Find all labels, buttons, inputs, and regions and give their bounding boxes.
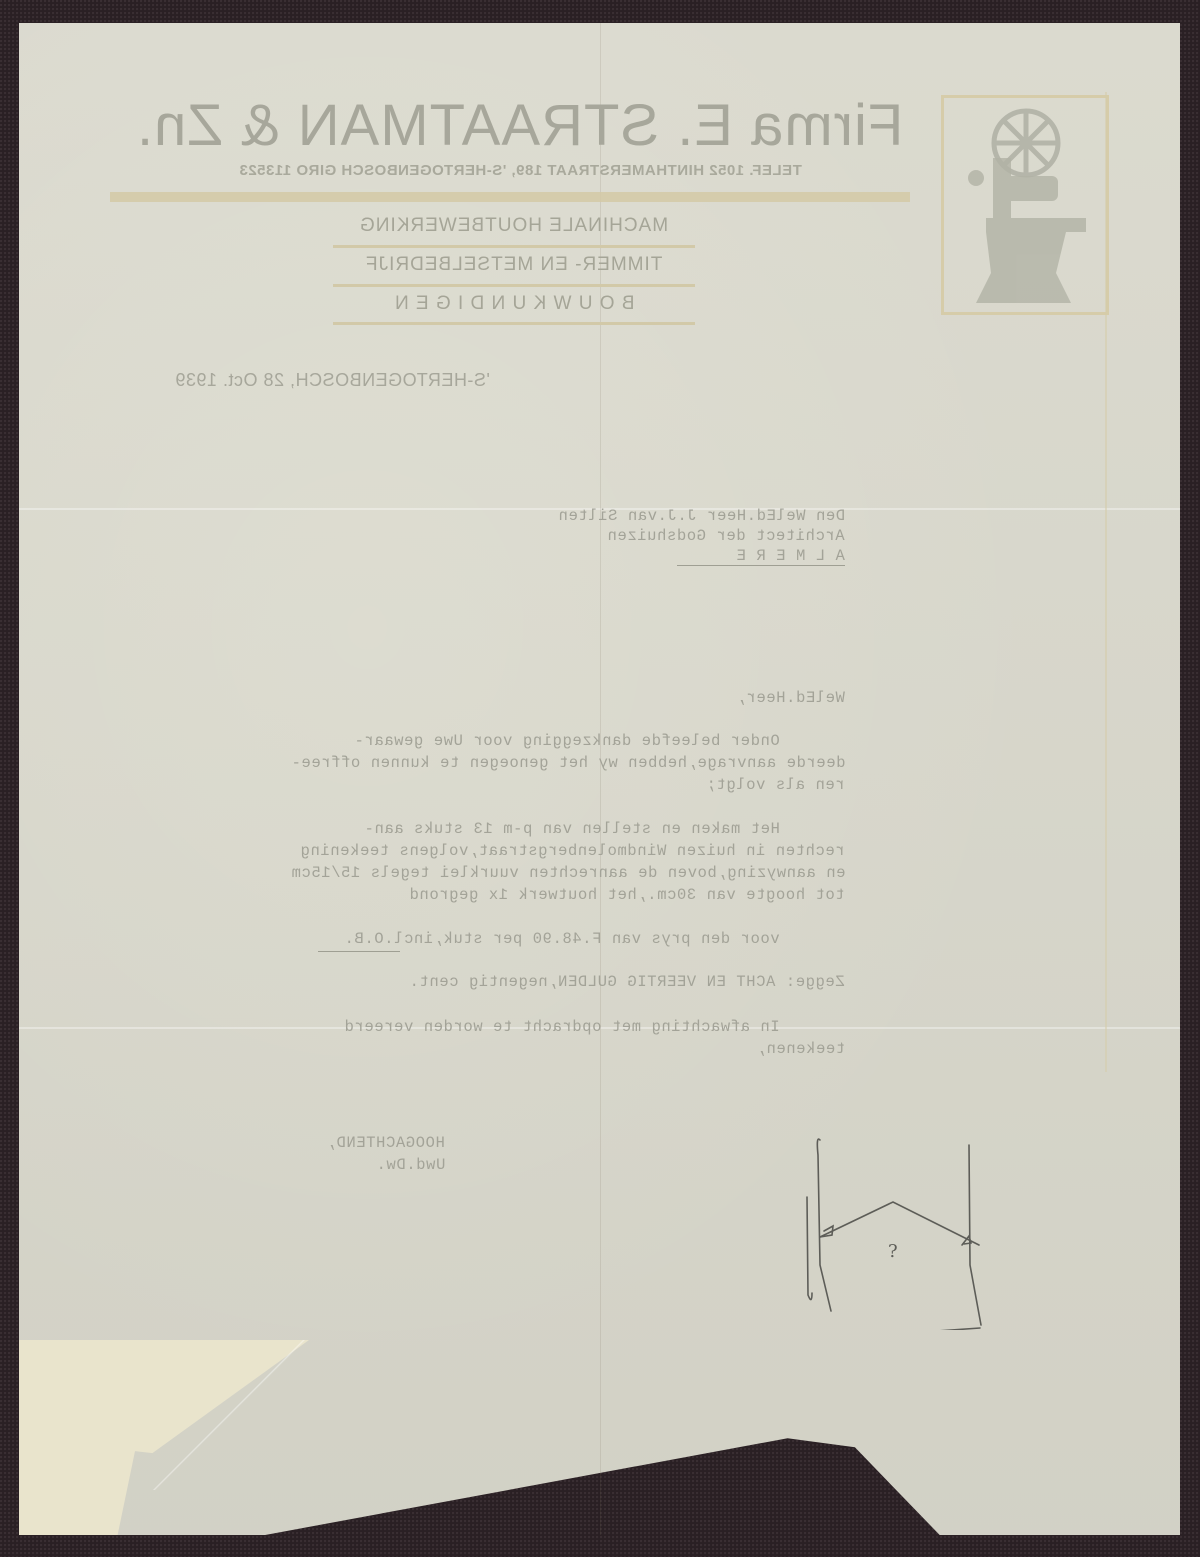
body-para2-line3: en aanwyzing,boven de aanrechten vuurkle… [80, 864, 845, 882]
svg-text:?: ? [888, 1241, 898, 1262]
service-rule-3 [333, 322, 695, 325]
letterhead-vertical-rule [1105, 92, 1107, 1072]
recipient-line-2: Architect der Godshuizen [435, 527, 845, 545]
closing-line-1: In afwachting met opdracht te worden ver… [80, 1018, 780, 1036]
signature-name: Uwd.Dw. [300, 1156, 445, 1174]
body-para2-line1: Het maken en stellen van p-m 13 stuks aa… [100, 820, 780, 838]
service-rule-1 [333, 245, 695, 248]
price-underline [318, 951, 400, 952]
body-para2-line4: tot hoogte van 30cm.,het houtwerk 1x geg… [230, 886, 845, 904]
body-para1-line1: Onder beleefde dankzegging voor Uwe gewa… [100, 732, 780, 750]
logo-frame [941, 95, 1109, 315]
recipient-line-3: A L M E R E [677, 547, 845, 566]
service-line-3: B O U W K U N D I G E N [333, 293, 695, 315]
body-para1-line2: deerde aanvrage,hebben wy het genoegen t… [85, 754, 845, 772]
service-line-1: MACHINALE HOUTBEWERKING [333, 215, 695, 237]
closing-line-2: teekenen, [640, 1040, 845, 1058]
letterhead-accent-bar [110, 192, 910, 202]
recipient-line-1: Den WelEd.Heer J.J.van Silten [435, 507, 845, 525]
letterhead-address: TELEF. 1052 HINTHAMERSTRAAT 189, 'S-HERT… [105, 162, 935, 179]
salutation: WelEd.Heer, [600, 689, 845, 707]
signature-greeting: HOOGACHTEND, [285, 1134, 445, 1152]
date-line: 'S-HERTOGENBOSCH, 28 Oct. 1939 [175, 370, 490, 391]
body-para1-line3: ren als volgt; [600, 776, 845, 794]
amount-in-words: Zegge: ACHT EN VEERTIG GULDEN,negentig c… [230, 973, 845, 991]
letterhead-title: Firma E. STRAATMAN & Zn. [100, 92, 940, 159]
service-rule-2 [333, 284, 695, 287]
pencil-roof-sketch: ? [780, 1120, 1000, 1330]
band-saw-icon [944, 98, 1106, 312]
price-line: voor den prys van F.48.90 per stuk,incl.… [90, 930, 780, 948]
fold-crease [130, 1340, 330, 1490]
service-line-2: TIMMER- EN METSELBEDRIJF [333, 254, 695, 276]
body-para2-line2: rechten in huizen Windmolenbergstraat,vo… [85, 842, 845, 860]
